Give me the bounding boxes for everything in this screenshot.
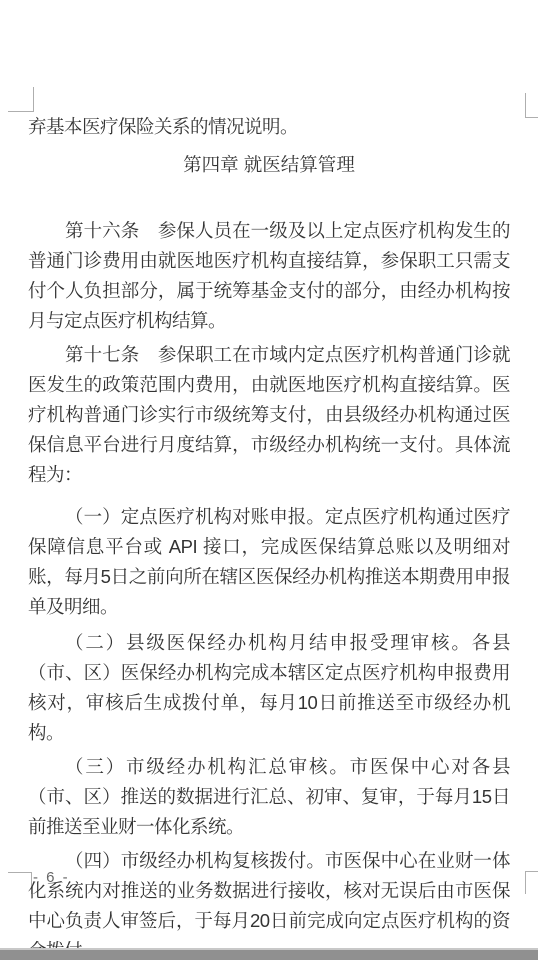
paragraph-item-1: （一）定点医疗机构对账申报。定点医疗机构通过医疗保障信息平台或 API 接口，完… <box>28 502 510 622</box>
crop-mark-top-left <box>8 87 34 112</box>
paragraph-item-3: （三）市级经办机构汇总审核。市医保中心对各县（市、区）推送的数据进行汇总、初审、… <box>28 752 510 842</box>
document-page: 弃基本医疗保险关系的情况说明。 第四章 就医结算管理 第十六条 参保人员在一级及… <box>0 0 538 960</box>
paragraph-continuation: 弃基本医疗保险关系的情况说明。 <box>28 112 510 142</box>
paragraph-article-17: 第十七条 参保职工在市域内定点医疗机构普通门诊就医发生的政策范围内费用，由就医地… <box>28 340 510 490</box>
page-content: 弃基本医疗保险关系的情况说明。 第四章 就医结算管理 第十六条 参保人员在一级及… <box>28 112 510 960</box>
chapter-heading: 第四章 就医结算管理 <box>28 150 510 180</box>
crop-mark-top-right <box>525 93 538 118</box>
crop-mark-bottom-right <box>525 871 538 894</box>
page-number: - 6 - <box>33 869 70 886</box>
paragraph-item-4: （四）市级经办机构复核拨付。市医保中心在业财一体化系统内对推送的业务数据进行接收… <box>28 846 510 960</box>
bottom-toolbar-edge <box>0 948 538 960</box>
paragraph-item-2: （二）县级医保经办机构月结申报受理审核。各县（市、区）医保经办机构完成本辖区定点… <box>28 628 510 748</box>
paragraph-article-16: 第十六条 参保人员在一级及以上定点医疗机构发生的普通门诊费用由就医地医疗机构直接… <box>28 216 510 336</box>
